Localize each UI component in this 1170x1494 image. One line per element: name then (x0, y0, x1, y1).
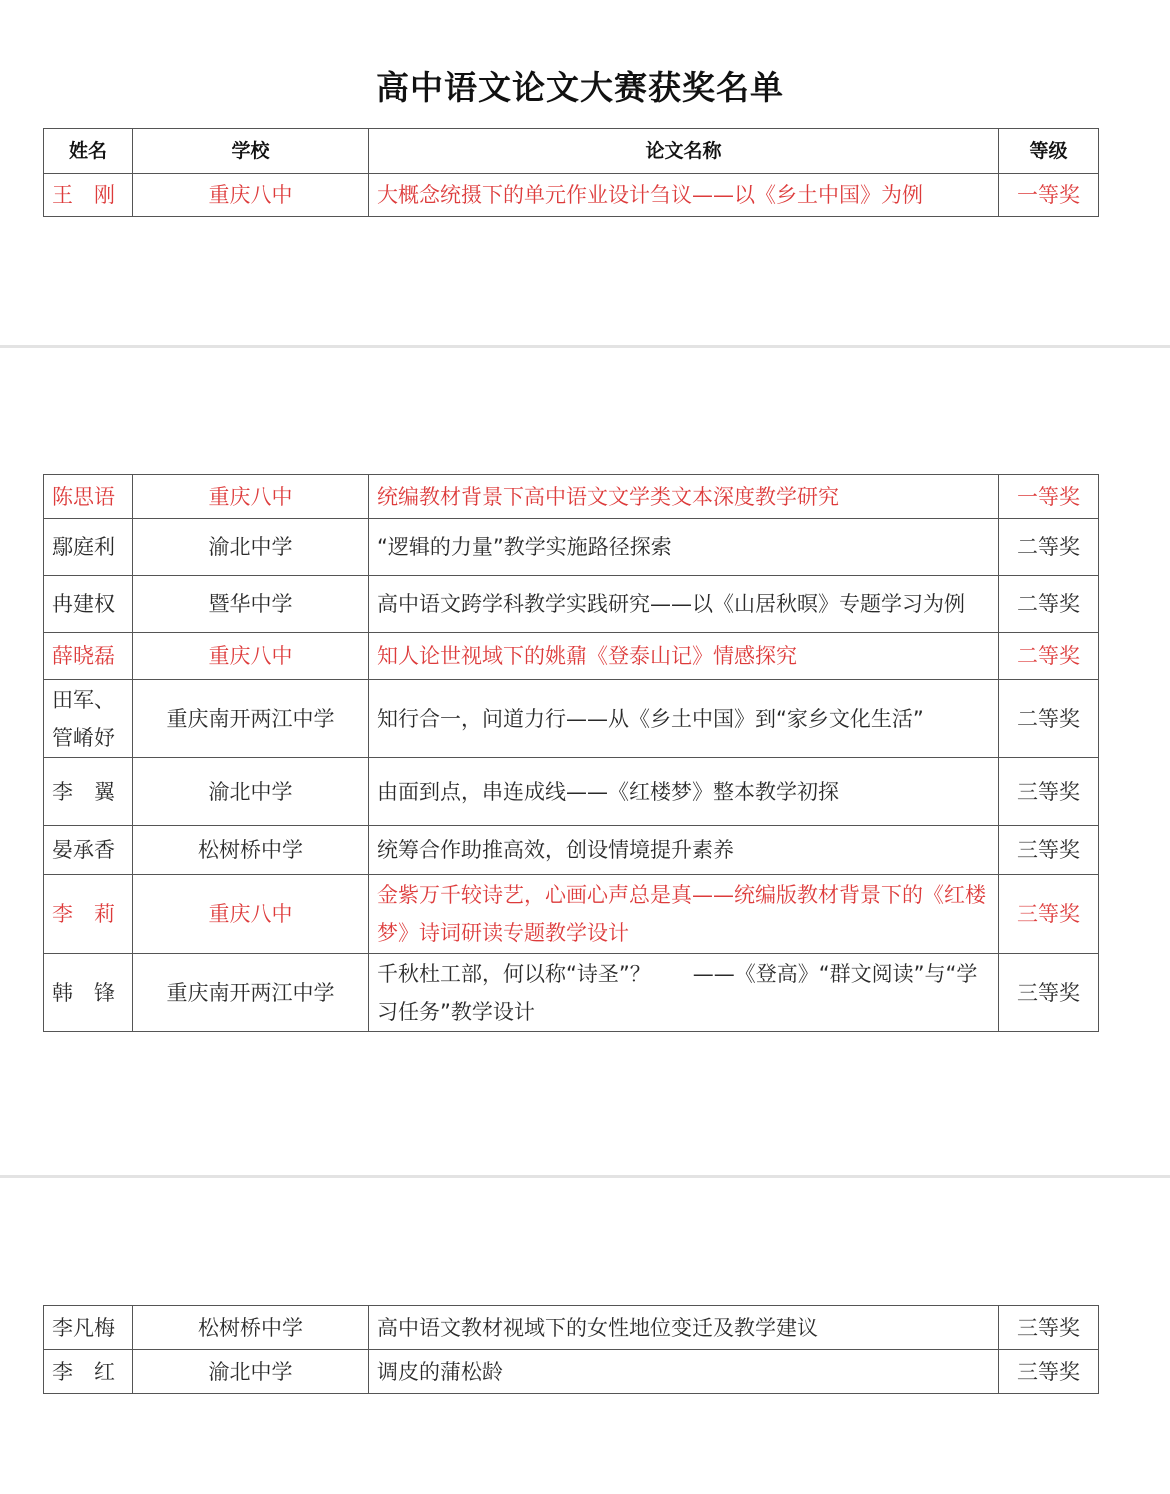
page-1-body: 王 刚重庆八中大概念统摄下的单元作业设计刍议——以《乡土中国》为例一等奖 (44, 174, 1099, 217)
school-cell: 重庆八中 (133, 633, 369, 680)
paper-cell: “逻辑的力量”教学实施路径探索 (369, 519, 999, 576)
table-row: 薛晓磊重庆八中知人论世视域下的姚鼐《登泰山记》情感探究二等奖 (44, 633, 1099, 680)
name-cell: 李凡梅 (44, 1306, 133, 1350)
school-cell: 渝北中学 (133, 758, 369, 826)
header-school: 学校 (133, 129, 369, 174)
table-row: 晏承香松树桥中学统筹合作助推高效，创设情境提升素养三等奖 (44, 826, 1099, 875)
school-cell: 暨华中学 (133, 576, 369, 633)
level-cell: 三等奖 (999, 1306, 1099, 1350)
school-cell: 重庆南开两江中学 (133, 954, 369, 1032)
paper-cell: 千秋杜工部，何以称“诗圣”？ ——《登高》“群文阅读”与“学习任务”教学设计 (369, 954, 999, 1032)
table-row: 李 翼渝北中学由面到点，串连成线——《红楼梦》整本教学初探三等奖 (44, 758, 1099, 826)
header-level: 等级 (999, 129, 1099, 174)
page-3-body: 李凡梅松树桥中学高中语文教材视域下的女性地位变迁及教学建议三等奖李 红渝北中学调… (44, 1306, 1099, 1394)
level-cell: 三等奖 (999, 954, 1099, 1032)
name-cell: 李 红 (44, 1350, 133, 1394)
header-name: 姓名 (44, 129, 133, 174)
level-cell: 三等奖 (999, 1350, 1099, 1394)
name-cell: 鄢庭利 (44, 519, 133, 576)
table-row: 田军、 管崤妤重庆南开两江中学知行合一，问道力行——从《乡土中国》到“家乡文化生… (44, 680, 1099, 758)
page-2-body: 陈思语重庆八中统编教材背景下高中语文文学类文本深度教学研究一等奖鄢庭利渝北中学“… (44, 475, 1099, 1032)
header-paper: 论文名称 (369, 129, 999, 174)
table-row: 韩 锋重庆南开两江中学千秋杜工部，何以称“诗圣”？ ——《登高》“群文阅读”与“… (44, 954, 1099, 1032)
school-cell: 重庆八中 (133, 875, 369, 954)
school-cell: 渝北中学 (133, 1350, 369, 1394)
name-cell: 韩 锋 (44, 954, 133, 1032)
level-cell: 二等奖 (999, 519, 1099, 576)
awards-table-page-3: 李凡梅松树桥中学高中语文教材视域下的女性地位变迁及教学建议三等奖李 红渝北中学调… (43, 1305, 1099, 1394)
paper-cell: 统编教材背景下高中语文文学类文本深度教学研究 (369, 475, 999, 519)
table-row: 李凡梅松树桥中学高中语文教材视域下的女性地位变迁及教学建议三等奖 (44, 1306, 1099, 1350)
school-cell: 重庆南开两江中学 (133, 680, 369, 758)
paper-cell: 由面到点，串连成线——《红楼梦》整本教学初探 (369, 758, 999, 826)
school-cell: 松树桥中学 (133, 1306, 369, 1350)
table-row: 李 莉重庆八中金紫万千较诗艺，心画心声总是真——统编版教材背景下的《红楼梦》诗词… (44, 875, 1099, 954)
level-cell: 三等奖 (999, 875, 1099, 954)
table-row: 鄢庭利渝北中学“逻辑的力量”教学实施路径探索二等奖 (44, 519, 1099, 576)
table-header-row: 姓名 学校 论文名称 等级 (44, 129, 1099, 174)
awards-table-page-1: 姓名 学校 论文名称 等级 王 刚重庆八中大概念统摄下的单元作业设计刍议——以《… (43, 128, 1099, 217)
level-cell: 三等奖 (999, 758, 1099, 826)
level-cell: 二等奖 (999, 633, 1099, 680)
school-cell: 重庆八中 (133, 475, 369, 519)
name-cell: 晏承香 (44, 826, 133, 875)
page-break-divider (0, 345, 1170, 348)
paper-cell: 知行合一，问道力行——从《乡土中国》到“家乡文化生活” (369, 680, 999, 758)
page-break-divider (0, 1175, 1170, 1178)
table-row: 陈思语重庆八中统编教材背景下高中语文文学类文本深度教学研究一等奖 (44, 475, 1099, 519)
paper-cell: 高中语文跨学科教学实践研究——以《山居秋暝》专题学习为例 (369, 576, 999, 633)
name-cell: 王 刚 (44, 174, 133, 217)
paper-cell: 统筹合作助推高效，创设情境提升素养 (369, 826, 999, 875)
table-row: 冉建权暨华中学高中语文跨学科教学实践研究——以《山居秋暝》专题学习为例二等奖 (44, 576, 1099, 633)
school-cell: 松树桥中学 (133, 826, 369, 875)
name-cell: 薛晓磊 (44, 633, 133, 680)
name-cell: 田军、 管崤妤 (44, 680, 133, 758)
name-cell: 李 翼 (44, 758, 133, 826)
level-cell: 二等奖 (999, 680, 1099, 758)
level-cell: 一等奖 (999, 475, 1099, 519)
paper-cell: 调皮的蒲松龄 (369, 1350, 999, 1394)
paper-cell: 知人论世视域下的姚鼐《登泰山记》情感探究 (369, 633, 999, 680)
table-row: 王 刚重庆八中大概念统摄下的单元作业设计刍议——以《乡土中国》为例一等奖 (44, 174, 1099, 217)
level-cell: 二等奖 (999, 576, 1099, 633)
name-cell: 李 莉 (44, 875, 133, 954)
school-cell: 渝北中学 (133, 519, 369, 576)
paper-cell: 金紫万千较诗艺，心画心声总是真——统编版教材背景下的《红楼梦》诗词研读专题教学设… (369, 875, 999, 954)
paper-cell: 高中语文教材视域下的女性地位变迁及教学建议 (369, 1306, 999, 1350)
document-title: 高中语文论文大赛获奖名单 (0, 62, 1160, 109)
level-cell: 一等奖 (999, 174, 1099, 217)
school-cell: 重庆八中 (133, 174, 369, 217)
table-row: 李 红渝北中学调皮的蒲松龄三等奖 (44, 1350, 1099, 1394)
paper-cell: 大概念统摄下的单元作业设计刍议——以《乡土中国》为例 (369, 174, 999, 217)
awards-table-page-2: 陈思语重庆八中统编教材背景下高中语文文学类文本深度教学研究一等奖鄢庭利渝北中学“… (43, 474, 1099, 1032)
name-cell: 冉建权 (44, 576, 133, 633)
name-cell: 陈思语 (44, 475, 133, 519)
level-cell: 三等奖 (999, 826, 1099, 875)
